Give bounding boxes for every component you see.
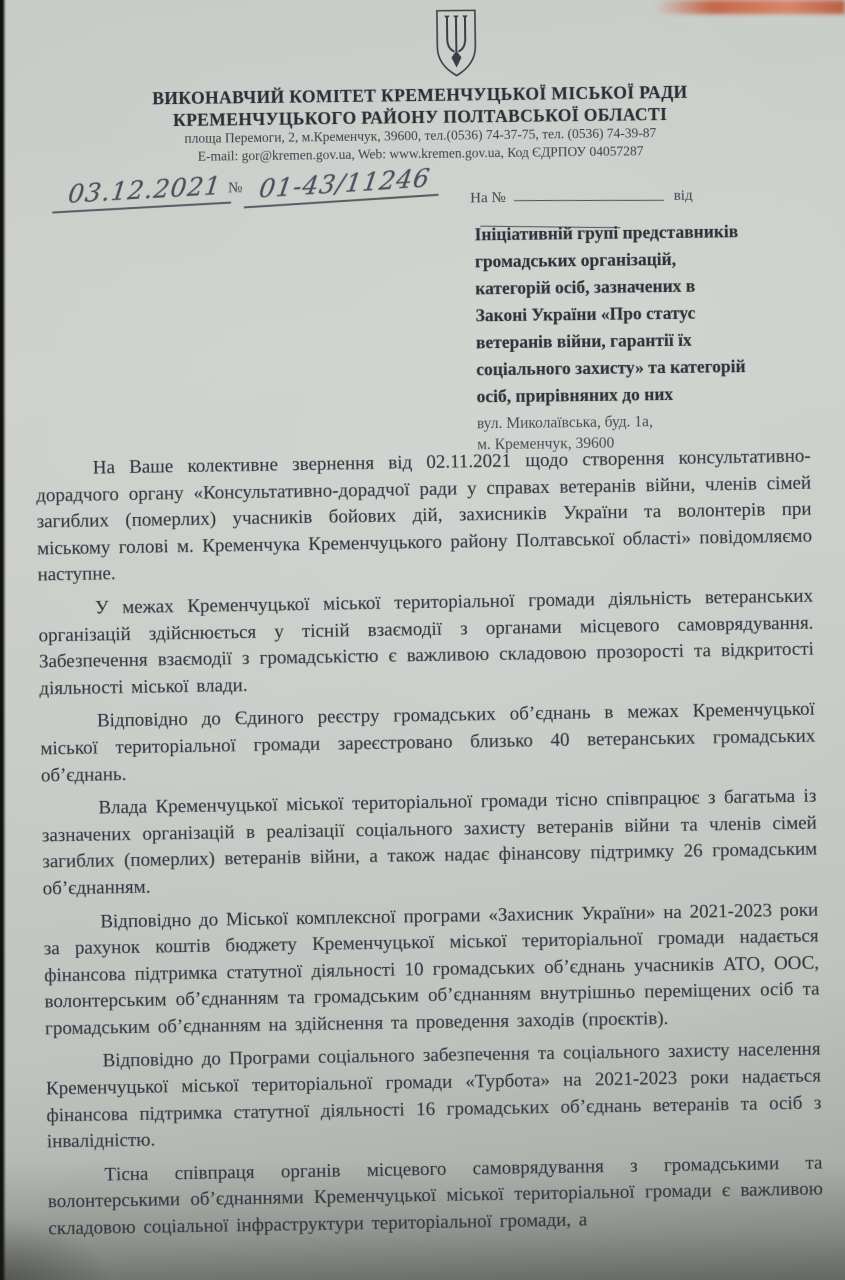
recipient-line: осіб, прирівняних до них (476, 379, 838, 410)
body-paragraph: На Ваше колективне звернення від 02.11.2… (36, 444, 813, 590)
handwritten-date: 03.12.2021 (52, 170, 235, 213)
photo-corner-shadow (0, 1190, 160, 1280)
recipient-block: Ініціативній групі представників громадс… (474, 217, 839, 455)
scanned-letter-photo: ВИКОНАВЧИЙ КОМІТЕТ КРЕМЕНЧУЦЬКОЇ МІСЬКОЇ… (0, 0, 845, 1280)
reply-date-label: від (674, 188, 693, 204)
reply-number-label: На № (470, 190, 506, 206)
body-paragraph: Влада Кременчуцької міської територіальн… (41, 784, 818, 903)
letter-page: ВИКОНАВЧИЙ КОМІТЕТ КРЕМЕНЧУЦЬКОЇ МІСЬКОЇ… (0, 0, 845, 1280)
body-paragraph: Відповідно до Єдиного реєстру громадськи… (40, 697, 816, 790)
number-sign-label: № (228, 180, 243, 197)
handwritten-outgoing-number: 01-43/11246 (244, 162, 443, 208)
body-paragraph: У межах Кременчуцької міської територіал… (38, 584, 815, 703)
body-paragraph: Відповідно до Програми соціального забез… (45, 1037, 822, 1156)
letter-body: На Ваше колективне звернення від 02.11.2… (36, 444, 824, 1250)
tryzub-coat-of-arms-icon (431, 8, 482, 79)
body-paragraph: Відповідно до Міської комплексної програ… (43, 897, 820, 1043)
reply-number-blank-line (514, 184, 664, 201)
